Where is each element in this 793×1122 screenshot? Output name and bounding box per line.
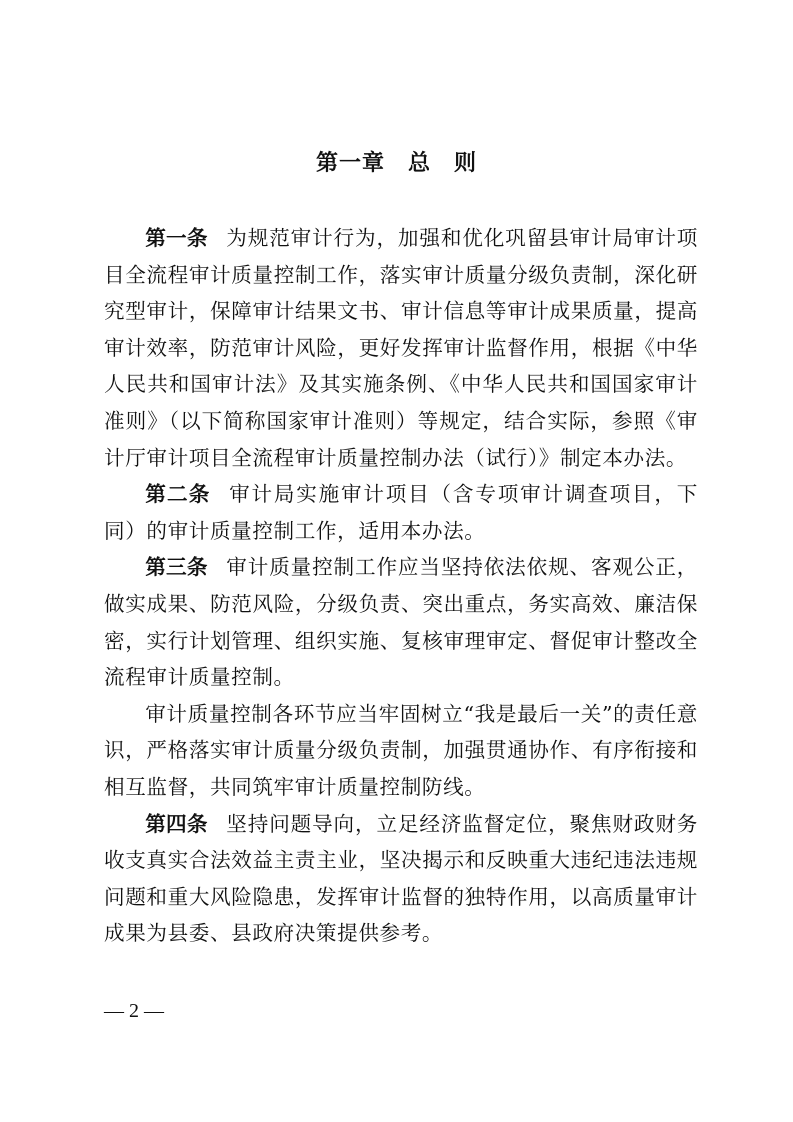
continuation-paragraph: 审计质量控制各环节应当牢固树立“我是最后一关”的责任意识，严格落实审计质量分级负… — [104, 696, 698, 806]
chapter-title: 第一章 总 则 — [0, 146, 793, 177]
article-paragraph: 第二条审计局实施审计项目（含专项审计调查项目，下同）的审计质量控制工作，适用本办… — [104, 476, 698, 549]
article-text: 为规范审计行为，加强和优化巩留县审计局审计项目全流程审计质量控制工作，落实审计质… — [104, 226, 698, 470]
page-number: — 2 — — [104, 1000, 164, 1023]
document-page: 第一章 总 则 第一条为规范审计行为，加强和优化巩留县审计局审计项目全流程审计质… — [0, 0, 793, 1122]
article-paragraph: 第一条为规范审计行为，加强和优化巩留县审计局审计项目全流程审计质量控制工作，落实… — [104, 220, 698, 476]
article-label: 第四条 — [145, 812, 208, 836]
document-body: 第一条为规范审计行为，加强和优化巩留县审计局审计项目全流程审计质量控制工作，落实… — [104, 220, 698, 952]
article-label: 第二条 — [145, 482, 210, 506]
article-paragraph: 第四条坚持问题导向，立足经济监督定位，聚焦财政财务收支真实合法效益主责主业，坚决… — [104, 806, 698, 952]
paragraph-text: 审计质量控制各环节应当牢固树立“我是最后一关”的责任意识，严格落实审计质量分级负… — [104, 702, 698, 799]
article-label: 第三条 — [145, 555, 208, 579]
article-label: 第一条 — [145, 226, 208, 250]
article-paragraph: 第三条审计质量控制工作应当坚持依法依规、客观公正，做实成果、防范风险，分级负责、… — [104, 549, 698, 695]
